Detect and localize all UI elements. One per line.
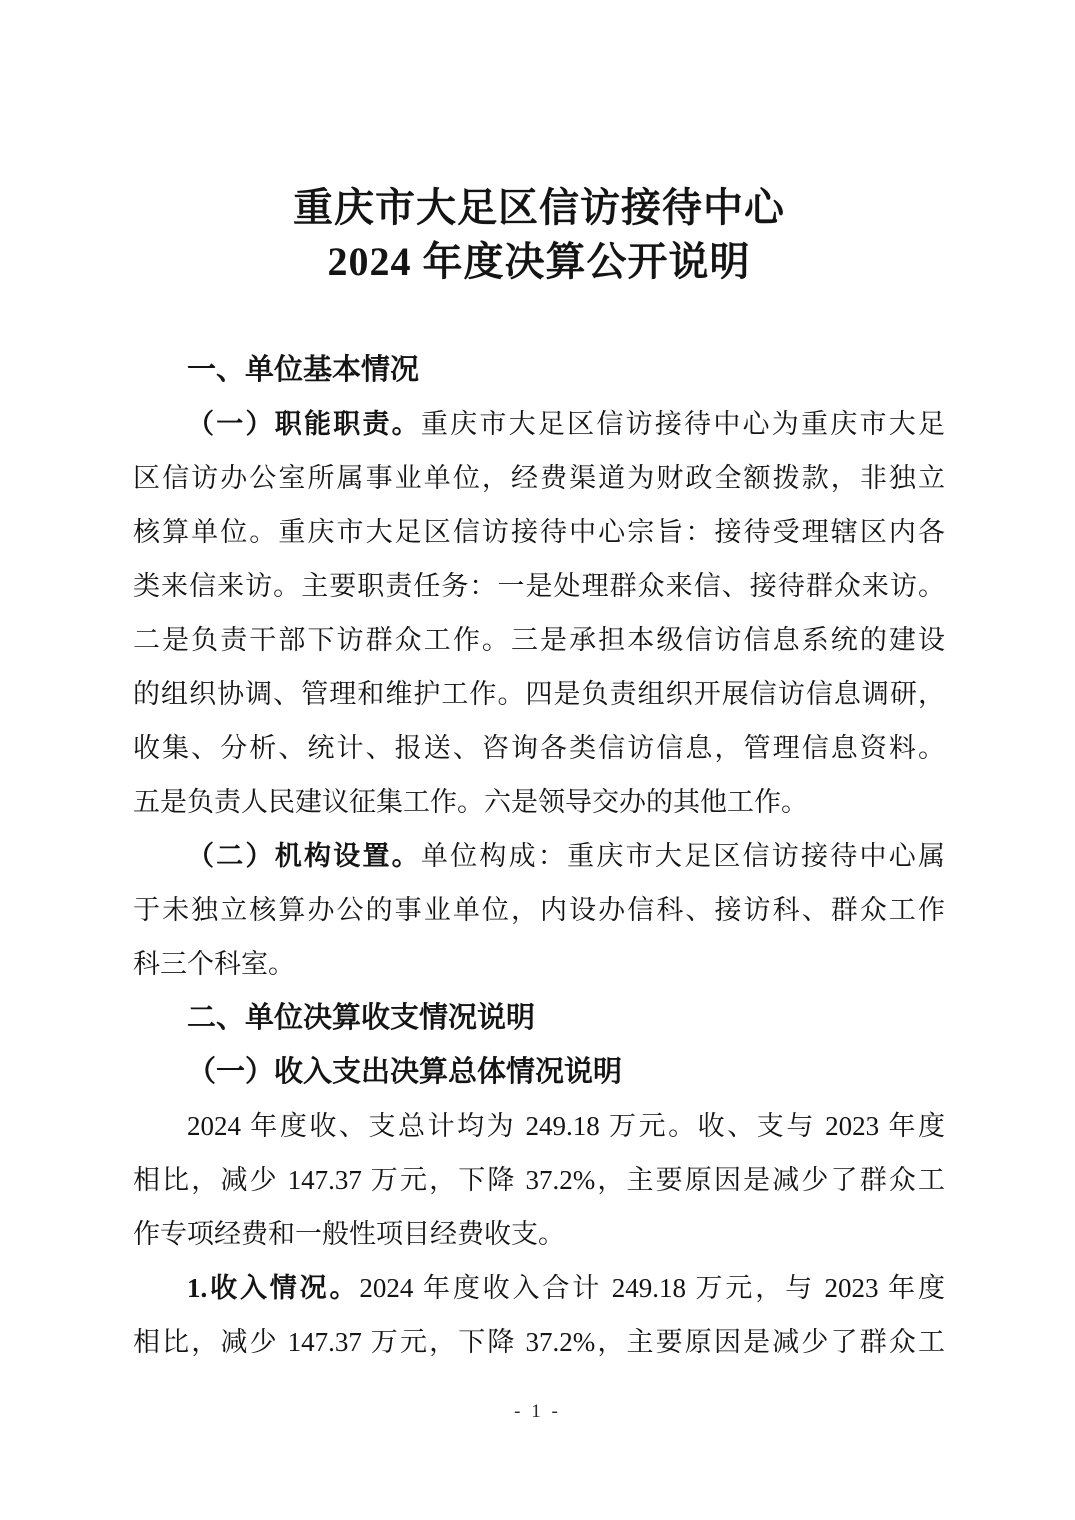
text-segment: 的组织协调、管理和维护工作。四是负责组织开展信访信息调研，: [133, 679, 945, 709]
text-segment: 类来信来访。主要职责任务：一是处理群众来信、接待群众来访。: [133, 571, 945, 601]
section-heading: 二、单位决算收支情况说明: [133, 991, 945, 1045]
bold-text-segment: （一）职能职责。: [187, 409, 421, 439]
text-segment: 五是负责人民建议征集工作。六是领导交办的其他工作。: [133, 787, 808, 817]
blank-line: [133, 289, 945, 343]
text-line: 收集、分析、统计、报送、咨询各类信访信息，管理信息资料。: [133, 721, 945, 775]
text-line: 相比，减少 147.37 万元，下降 37.2%，主要原因是减少了群众工: [133, 1153, 945, 1207]
text-segment: 区信访办公室所属事业单位，经费渠道为财政全额拨款，非独立: [133, 463, 945, 493]
text-line: 类来信来访。主要职责任务：一是处理群众来信、接待群众来访。: [133, 559, 945, 613]
text-line: 1.收入情况。2024 年度收入合计 249.18 万元，与 2023 年度: [133, 1261, 945, 1315]
text-line: 的组织协调、管理和维护工作。四是负责组织开展信访信息调研，: [133, 667, 945, 721]
paragraph: （一）职能职责。重庆市大足区信访接待中心为重庆市大足区信访办公室所属事业单位，经…: [133, 397, 945, 829]
page-number: - 1 -: [0, 1398, 1075, 1426]
document-body: 一、单位基本情况（一）职能职责。重庆市大足区信访接待中心为重庆市大足区信访办公室…: [133, 343, 945, 1369]
text-segment: 单位构成：重庆市大足区信访接待中心属: [421, 841, 945, 871]
text-line: （二）机构设置。单位构成：重庆市大足区信访接待中心属: [133, 829, 945, 883]
text-segment: 核算单位。重庆市大足区信访接待中心宗旨：接待受理辖区内各: [133, 517, 945, 547]
text-segment: 作专项经费和一般性项目经费收支。: [133, 1219, 565, 1249]
text-segment: 于未独立核算办公的事业单位，内设办信科、接访科、群众工作: [133, 895, 945, 925]
text-line: 相比，减少 147.37 万元，下降 37.2%，主要原因是减少了群众工: [133, 1315, 945, 1369]
title-line-1: 重庆市大足区信访接待中心: [133, 181, 945, 235]
paragraph: 1.收入情况。2024 年度收入合计 249.18 万元，与 2023 年度相比…: [133, 1261, 945, 1369]
text-line: 核算单位。重庆市大足区信访接待中心宗旨：接待受理辖区内各: [133, 505, 945, 559]
text-segment: 二是负责干部下访群众工作。三是承担本级信访信息系统的建设: [133, 625, 945, 655]
section-heading: 一、单位基本情况: [133, 343, 945, 397]
text-segment: 相比，减少 147.37 万元，下降 37.2%，主要原因是减少了群众工: [133, 1327, 945, 1357]
paragraph: 2024 年度收、支总计均为 249.18 万元。收、支与 2023 年度相比，…: [133, 1099, 945, 1261]
subsection-heading: （一）收入支出决算总体情况说明: [133, 1045, 945, 1099]
text-segment: 2024 年度收、支总计均为 249.18 万元。收、支与 2023 年度: [187, 1111, 945, 1141]
document-title: 重庆市大足区信访接待中心 2024 年度决算公开说明: [133, 181, 945, 289]
page-content: 重庆市大足区信访接待中心 2024 年度决算公开说明 一、单位基本情况（一）职能…: [133, 181, 945, 1369]
bold-text-segment: 1.收入情况。: [187, 1273, 359, 1303]
text-segment: 收集、分析、统计、报送、咨询各类信访信息，管理信息资料。: [133, 733, 945, 763]
text-line: 科三个科室。: [133, 937, 945, 991]
text-line: 2024 年度收、支总计均为 249.18 万元。收、支与 2023 年度: [133, 1099, 945, 1153]
text-segment: 科三个科室。: [133, 949, 295, 979]
bold-text-segment: （二）机构设置。: [187, 841, 421, 871]
text-line: 于未独立核算办公的事业单位，内设办信科、接访科、群众工作: [133, 883, 945, 937]
title-line-2: 2024 年度决算公开说明: [133, 235, 945, 289]
text-line: （一）职能职责。重庆市大足区信访接待中心为重庆市大足: [133, 397, 945, 451]
text-segment: 重庆市大足区信访接待中心为重庆市大足: [421, 409, 945, 439]
text-line: 五是负责人民建议征集工作。六是领导交办的其他工作。: [133, 775, 945, 829]
text-line: 作专项经费和一般性项目经费收支。: [133, 1207, 945, 1261]
text-segment: 2024 年度收入合计 249.18 万元，与 2023 年度: [359, 1273, 945, 1303]
text-line: 二是负责干部下访群众工作。三是承担本级信访信息系统的建设: [133, 613, 945, 667]
text-segment: 相比，减少 147.37 万元，下降 37.2%，主要原因是减少了群众工: [133, 1165, 945, 1195]
text-line: 区信访办公室所属事业单位，经费渠道为财政全额拨款，非独立: [133, 451, 945, 505]
document-page: 重庆市大足区信访接待中心 2024 年度决算公开说明 一、单位基本情况（一）职能…: [0, 0, 1075, 1520]
paragraph: （二）机构设置。单位构成：重庆市大足区信访接待中心属于未独立核算办公的事业单位，…: [133, 829, 945, 991]
